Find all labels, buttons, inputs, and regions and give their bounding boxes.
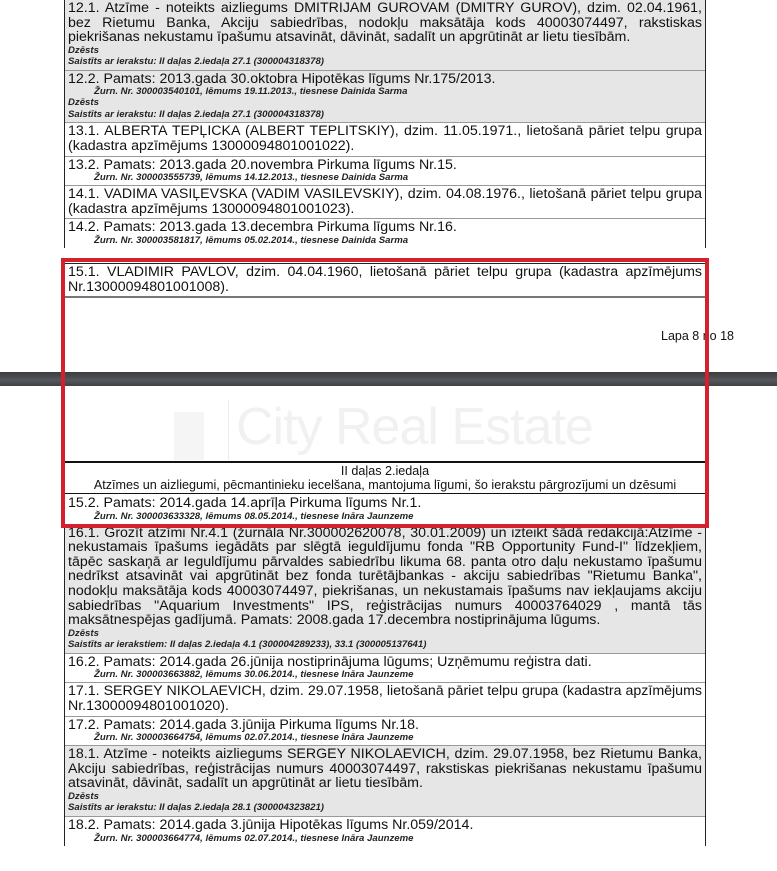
entry-13-1: 13.1. ALBERTA TEPĻICKA (ALBERT TEPLITSKI…	[65, 123, 705, 156]
entries-table-bottom: 15.2. Pamats: 2014.gada 14.aprīļa Pirkum…	[64, 495, 706, 846]
status-deleted: Dzēsts	[68, 97, 702, 109]
journal-info: Žurn. Nr. 300003540101, lēmums 19.11.201…	[68, 86, 702, 97]
entry-text: 17.1. SERGEY NIKOLAEVICH, dzim. 29.07.19…	[68, 684, 702, 713]
entry-text: 14.2. Pamats: 2013.gada 13.decembra Pirk…	[68, 220, 702, 235]
watermark: City Real Estate	[236, 397, 666, 457]
entry-18-1: 18.1. Atzīme - noteikts aizliegums SERGE…	[65, 746, 705, 817]
document-page-8: 12.1. Atzīme - noteikts aizliegums DMITR…	[0, 0, 777, 372]
entries-table-top: 12.1. Atzīme - noteikts aizliegums DMITR…	[64, 0, 706, 248]
journal-info: Žurn. Nr. 300003555739, lēmums 14.12.201…	[68, 172, 702, 183]
related-entry: Saistīts ar ierakstu: II daļas 2.iedaļa …	[68, 109, 702, 121]
entry-14-1: 14.1. VADIMA VASIĻEVSKA (VADIM VASILEVSK…	[65, 186, 705, 219]
status-deleted: Dzēsts	[68, 791, 702, 803]
entry-text: 18.1. Atzīme - noteikts aizliegums SERGE…	[68, 747, 702, 791]
entry-12-1: 12.1. Atzīme - noteikts aizliegums DMITR…	[65, 0, 705, 71]
entries-table-top-last: 15.1. VLADIMIR PAVLOV, dzim. 04.04.1960,…	[64, 263, 706, 298]
related-entry: Saistīts ar ierakstu: II daļas 2.iedaļa …	[68, 802, 702, 814]
journal-info: Žurn. Nr. 300003581817, lēmums 05.02.201…	[68, 235, 702, 246]
entry-text: 12.1. Atzīme - noteikts aizliegums DMITR…	[68, 1, 702, 45]
entry-14-2: 14.2. Pamats: 2013.gada 13.decembra Pirk…	[65, 219, 705, 248]
journal-info: Žurn. Nr. 300003664754, lēmums 02.07.201…	[68, 732, 702, 743]
related-entry: Saistīts ar ierakstiem: II daļas 2.iedaļ…	[68, 639, 702, 651]
journal-info: Žurn. Nr. 300003663882, lēmums 30.06.201…	[68, 669, 702, 680]
watermark-logo-icon	[174, 412, 204, 460]
page-number: Lapa 8 no 18	[661, 329, 734, 343]
entry-text: 12.2. Pamats: 2013.gada 30.oktobra Hipot…	[68, 72, 702, 87]
entry-16-2: 16.2. Pamats: 2014.gada 26.jūnija nostip…	[65, 654, 705, 684]
entry-18-2: 18.2. Pamats: 2014.gada 3.jūnija Hipotēk…	[65, 817, 705, 846]
journal-info: Žurn. Nr. 300003664774, lēmums 02.07.201…	[68, 833, 702, 844]
watermark-divider	[228, 400, 229, 460]
entry-text: 16.2. Pamats: 2014.gada 26.jūnija nostip…	[68, 655, 702, 670]
status-deleted: Dzēsts	[68, 45, 702, 57]
entry-text: 17.2. Pamats: 2014.gada 3.jūnija Pirkuma…	[68, 718, 702, 733]
entry-15-2: 15.2. Pamats: 2014.gada 14.aprīļa Pirkum…	[65, 495, 705, 525]
journal-info: Žurn. Nr. 300003633328, lēmums 08.05.201…	[68, 511, 702, 522]
entry-text: 15.2. Pamats: 2014.gada 14.aprīļa Pirkum…	[68, 496, 702, 511]
entry-17-1: 17.1. SERGEY NIKOLAEVICH, dzim. 29.07.19…	[65, 683, 705, 716]
status-deleted: Dzēsts	[68, 628, 702, 640]
entry-16-1: 16.1. Grozīt atzīmi Nr.4.1 (žurnāla Nr.3…	[65, 525, 705, 654]
entry-15-1: 15.1. VLADIMIR PAVLOV, dzim. 04.04.1960,…	[65, 264, 705, 298]
section-header: II daļas 2.iedaļa Atzīmes un aizliegumi,…	[64, 461, 706, 494]
entry-12-2: 12.2. Pamats: 2013.gada 30.oktobra Hipot…	[65, 71, 705, 124]
related-entry: Saistīts ar ierakstu: II daļas 2.iedaļa …	[68, 56, 702, 68]
entry-text: 14.1. VADIMA VASIĻEVSKA (VADIM VASILEVSK…	[68, 187, 702, 216]
section-title: II daļas 2.iedaļa	[65, 465, 705, 479]
entry-text: 13.2. Pamats: 2013.gada 20.novembra Pirk…	[68, 158, 702, 173]
entry-13-2: 13.2. Pamats: 2013.gada 20.novembra Pirk…	[65, 157, 705, 187]
entry-text: 13.1. ALBERTA TEPĻICKA (ALBERT TEPLITSKI…	[68, 124, 702, 153]
page-divider	[0, 372, 777, 386]
entry-17-2: 17.2. Pamats: 2014.gada 3.jūnija Pirkuma…	[65, 717, 705, 747]
entry-text: 18.2. Pamats: 2014.gada 3.jūnija Hipotēk…	[68, 818, 702, 833]
entry-text: 16.1. Grozīt atzīmi Nr.4.1 (žurnāla Nr.3…	[68, 526, 702, 628]
section-subtitle: Atzīmes un aizliegumi, pēcmantinieku iec…	[65, 479, 705, 493]
entry-text: 15.1. VLADIMIR PAVLOV, dzim. 04.04.1960,…	[68, 265, 702, 294]
